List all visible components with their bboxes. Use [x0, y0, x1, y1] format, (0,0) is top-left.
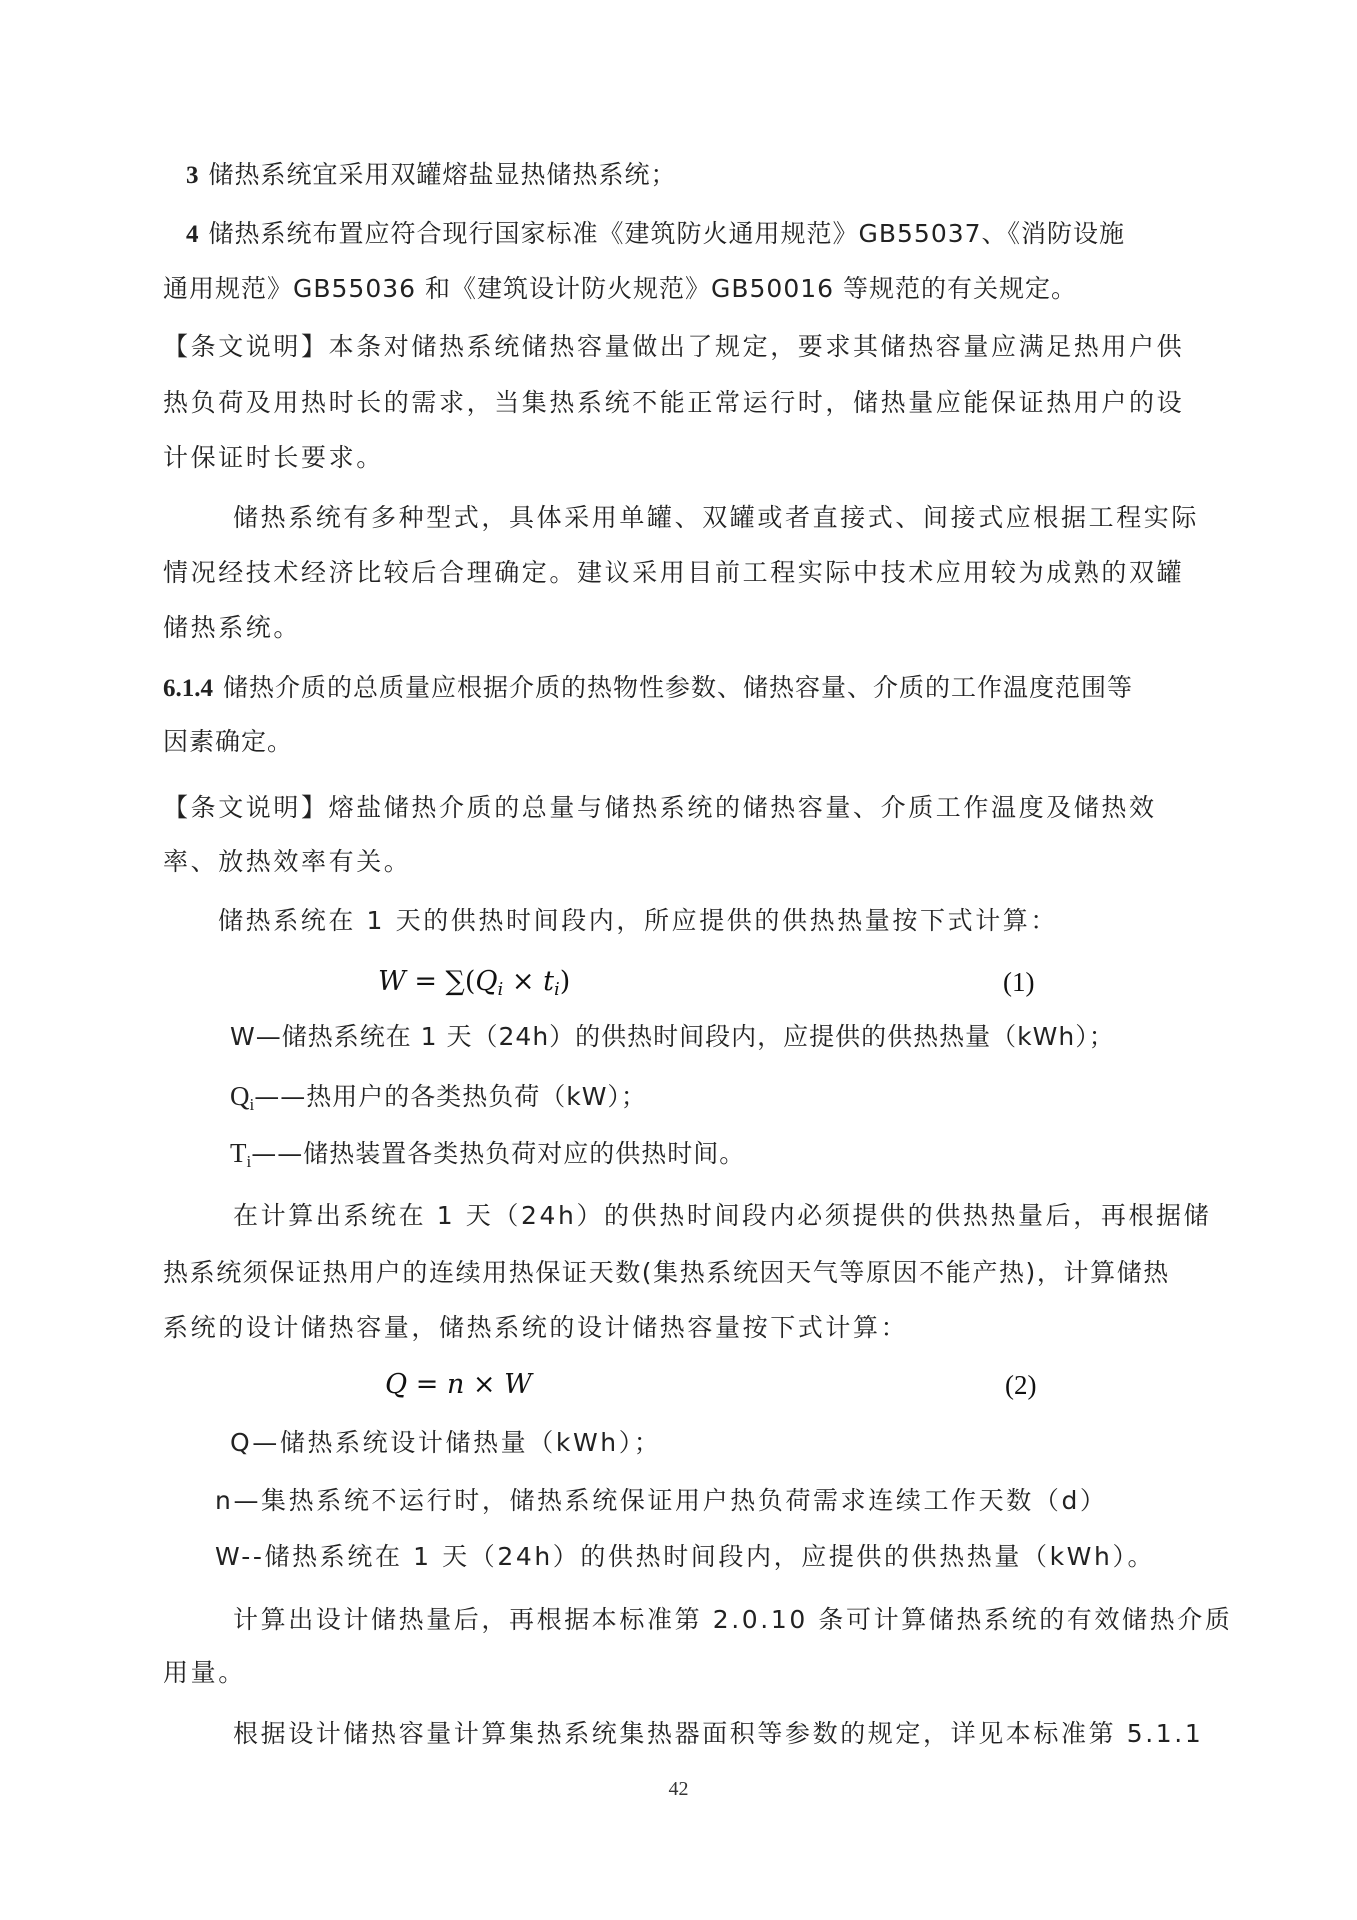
clause-note-line: 【条文说明】本条对储热系统储热容量做出了规定，要求其储热容量应满足热用户供 [163, 330, 1184, 364]
paragraph-line: 系统的设计储热容量，储热系统的设计储热容量按下式计算： [163, 1311, 908, 1345]
formula-op: × [503, 966, 543, 997]
page-number: 42 [0, 1778, 1357, 1801]
definition-text: ——热用户的各类热负荷（kW）； [254, 1082, 647, 1111]
definition-w: W—储热系统在 1 天（24h）的供热时间段内，应提供的供热热量（kWh）； [230, 1020, 1115, 1054]
formula-op: = ∑( [406, 966, 476, 997]
list-item-4: 4储热系统布置应符合现行国家标准《建筑防火通用规范》GB55037、《消防设施 [186, 217, 1125, 252]
clause-note-line: 率、放热效率有关。 [163, 845, 411, 879]
document-page: 3储热系统宜采用双罐熔盐显热储热系统； 4储热系统布置应符合现行国家标准《建筑防… [0, 0, 1357, 1920]
clause-note-line: 【条文说明】熔盐储热介质的总量与储热系统的储热容量、介质工作温度及储热效 [163, 791, 1157, 825]
definition-q: Q—储热系统设计储热量（kWh）； [230, 1426, 661, 1460]
paragraph-line: 根据设计储热容量计算集热系统集热器面积等参数的规定，详见本标准第 5.1.1 [233, 1717, 1203, 1751]
definition-ti: Ti——储热装置各类热负荷对应的供热时间。 [230, 1136, 745, 1171]
paragraph-line: 储热系统。 [163, 611, 301, 645]
symbol: Q [230, 1081, 250, 1111]
paragraph-line: 在计算出系统在 1 天（24h）的供热时间段内必须提供的供热热量后，再根据储 [233, 1199, 1211, 1233]
clause-number: 6.1.4 [163, 675, 213, 702]
item-text: 储热系统布置应符合现行国家标准《建筑防火通用规范》GB55037、《消防设施 [209, 219, 1126, 248]
definition-qi: Qi——热用户的各类热负荷（kW）； [230, 1079, 647, 1114]
paragraph-line: 热系统须保证热用户的连续用热保证天数(集热系统因天气等原因不能产热)，计算储热 [163, 1256, 1170, 1290]
formula-var: W [378, 966, 406, 997]
item-number: 4 [186, 221, 199, 248]
formula-op: ) [560, 966, 571, 997]
paragraph-line: 储热系统有多种型式，具体采用单罐、双罐或者直接式、间接式应根据工程实际 [233, 501, 1199, 535]
formula-1: W = ∑(Qi × ti) [378, 964, 570, 1000]
item-text: 储热系统宜采用双罐熔盐显热储热系统； [209, 160, 677, 189]
formula-var: n [447, 1369, 464, 1400]
formula-var: W [504, 1369, 532, 1400]
item-number: 3 [186, 162, 199, 189]
clause-text: 储热介质的总质量应根据介质的热物性参数、储热容量、介质的工作温度范围等 [223, 673, 1133, 702]
definition-text: ——储热装置各类热负荷对应的供热时间。 [251, 1139, 745, 1168]
clause-note-line: 计保证时长要求。 [163, 441, 384, 475]
definition-w2: W--储热系统在 1 天（24h）的供热时间段内，应提供的供热热量（kWh）。 [215, 1540, 1155, 1574]
paragraph-line: 情况经技术经济比较后合理确定。建议采用目前工程实际中技术应用较为成熟的双罐 [163, 556, 1184, 590]
formula-var: Q [385, 1369, 407, 1400]
calc-intro: 储热系统在 1 天的供热时间段内，所应提供的供热热量按下式计算： [218, 904, 1058, 938]
clause-6-1-4: 6.1.4储热介质的总质量应根据介质的热物性参数、储热容量、介质的工作温度范围等 [163, 671, 1133, 706]
formula-var: Q [475, 966, 497, 997]
symbol: T [230, 1138, 247, 1168]
equation-number-2: (2) [1005, 1367, 1036, 1403]
formula-var: t [543, 966, 554, 997]
formula-op: × [464, 1369, 504, 1400]
formula-op: = [407, 1369, 447, 1400]
clause-note-line: 热负荷及用热时长的需求，当集热系统不能正常运行时，储热量应能保证热用户的设 [163, 386, 1184, 420]
definition-n: n—集热系统不运行时，储热系统保证用户热负荷需求连续工作天数（d） [215, 1484, 1108, 1518]
paragraph-line: 用量。 [163, 1656, 246, 1690]
list-item-4-continued: 通用规范》GB55036 和《建筑设计防火规范》GB50016 等规范的有关规定… [163, 272, 1077, 306]
paragraph-line: 计算出设计储热量后，再根据本标准第 2.0.10 条可计算储热系统的有效储热介质 [233, 1603, 1232, 1637]
equation-number-1: (1) [1003, 964, 1034, 1000]
clause-6-1-4-continued: 因素确定。 [163, 725, 293, 759]
list-item-3: 3储热系统宜采用双罐熔盐显热储热系统； [186, 158, 677, 193]
formula-2: Q = n × W [385, 1367, 532, 1403]
